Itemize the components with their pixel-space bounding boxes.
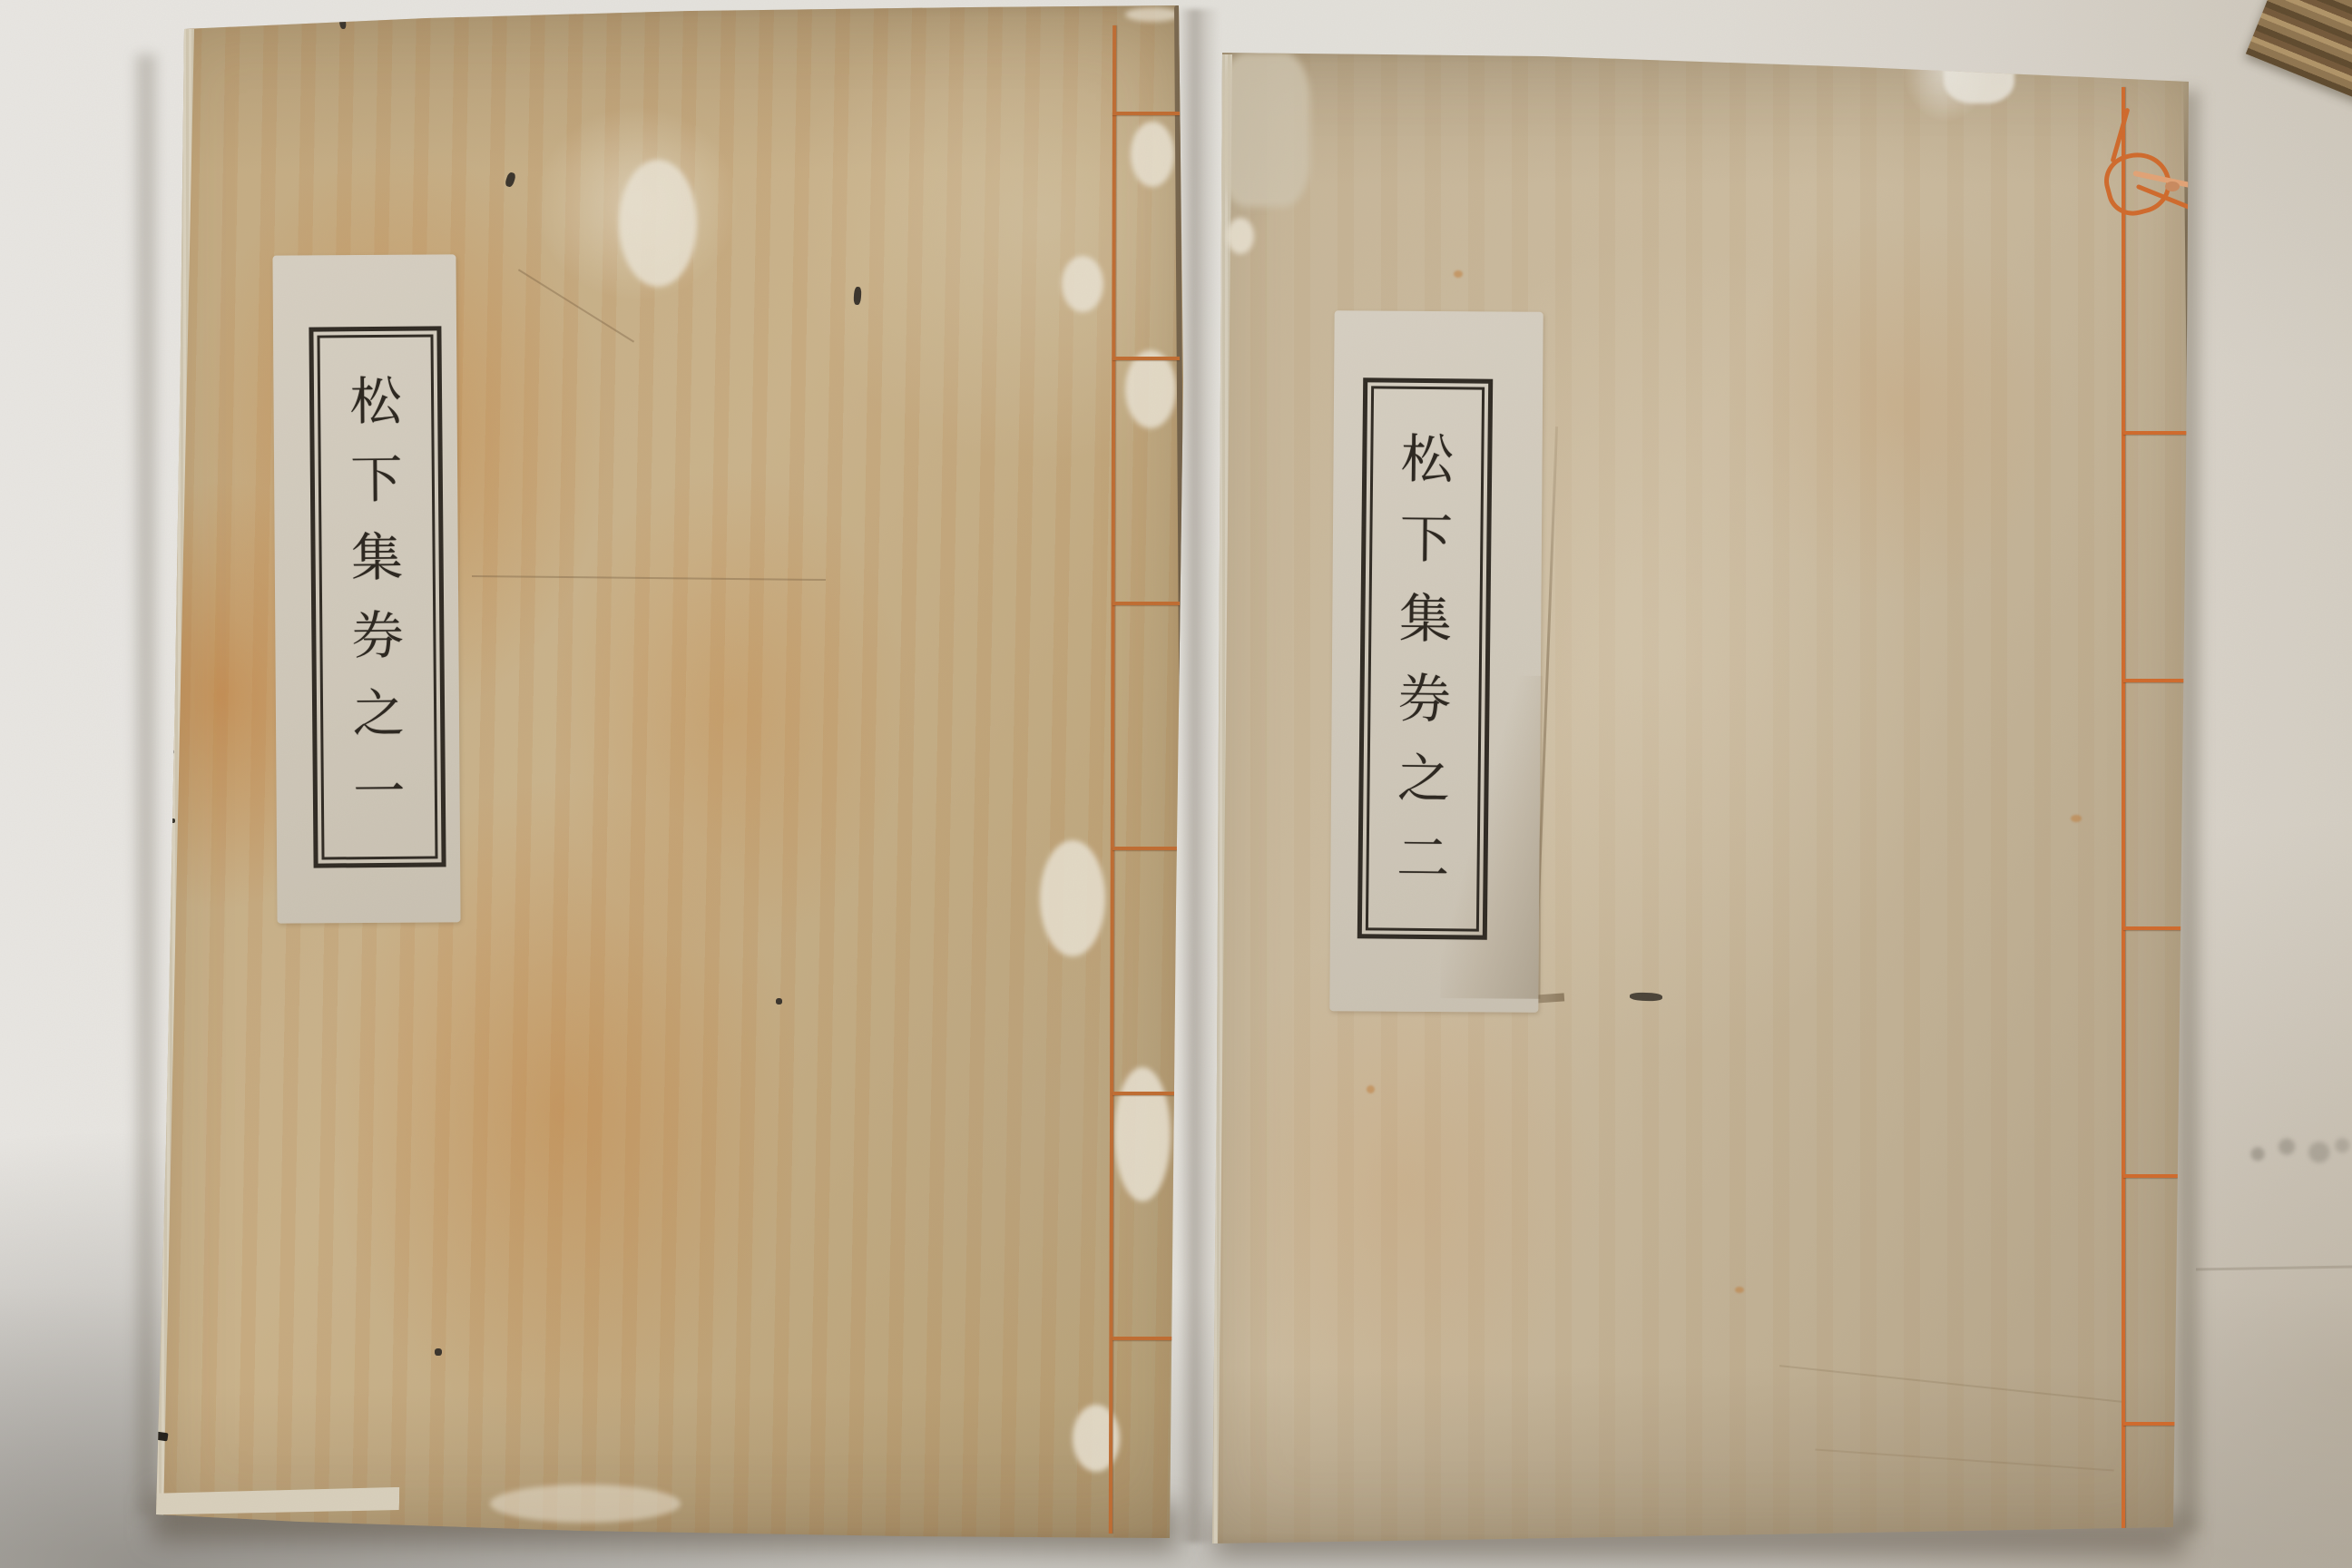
title-char: 券	[1398, 672, 1452, 726]
binding-thread	[2122, 87, 2125, 1532]
binding-stitch	[1112, 112, 1180, 115]
binding-stitch	[2123, 926, 2187, 930]
worn-patch	[1073, 1405, 1120, 1472]
thread-knot-nub	[2165, 181, 2180, 191]
binding-stitch	[2123, 431, 2187, 435]
ink-fleck	[776, 998, 782, 1004]
worn-patch	[1220, 53, 1310, 207]
title-text-volume-1: 松 下 集 券 之 一	[323, 340, 433, 855]
title-char: 下	[1400, 513, 1454, 566]
stain-fleck	[1735, 1287, 1744, 1293]
binding-stitch	[1112, 1092, 1180, 1095]
title-char: 松	[1400, 433, 1454, 486]
stain-fleck	[1367, 1085, 1375, 1093]
worn-patch	[619, 160, 697, 287]
title-slip-frame: 松 下 集 券 之 二	[1357, 377, 1493, 939]
worn-patch	[1062, 256, 1103, 312]
worn-patch	[1040, 840, 1105, 956]
title-text-volume-2: 松 下 集 券 之 二	[1371, 391, 1479, 926]
binding-stitch	[2123, 1174, 2187, 1178]
title-char: 之	[1397, 752, 1451, 806]
title-char: 二	[1396, 832, 1450, 886]
stain-fleck	[2071, 815, 2082, 822]
worn-patch	[1114, 1067, 1171, 1201]
binding-stitch	[1112, 602, 1180, 605]
worn-patch	[1227, 218, 1254, 254]
worn-patch	[490, 1485, 681, 1523]
binding-stitch	[1112, 357, 1180, 360]
binding-stitch	[2123, 679, 2187, 682]
title-char: 券	[352, 610, 404, 661]
worn-patch	[1131, 122, 1174, 187]
worn-patch	[1125, 7, 1180, 22]
binding-stitch	[1112, 1337, 1180, 1340]
background-smudge	[2232, 1122, 2352, 1182]
binding-stitch	[1112, 847, 1180, 850]
worn-patch	[1125, 350, 1176, 428]
stain-fleck	[1454, 270, 1463, 278]
title-char: 下	[350, 454, 402, 505]
gap-between-books-shadow	[1178, 9, 1220, 1543]
title-char: 松	[349, 376, 401, 427]
title-char: 之	[352, 688, 404, 740]
title-char: 集	[1399, 593, 1453, 646]
title-char: 一	[353, 766, 405, 818]
title-slip-frame: 松 下 集 券 之 一	[309, 326, 446, 867]
left-book-edge-shadow	[136, 54, 156, 1515]
title-char: 集	[351, 532, 403, 583]
photo-of-antique-books: 松 下 集 券 之 一	[0, 0, 2352, 1568]
ink-fleck	[435, 1348, 442, 1356]
